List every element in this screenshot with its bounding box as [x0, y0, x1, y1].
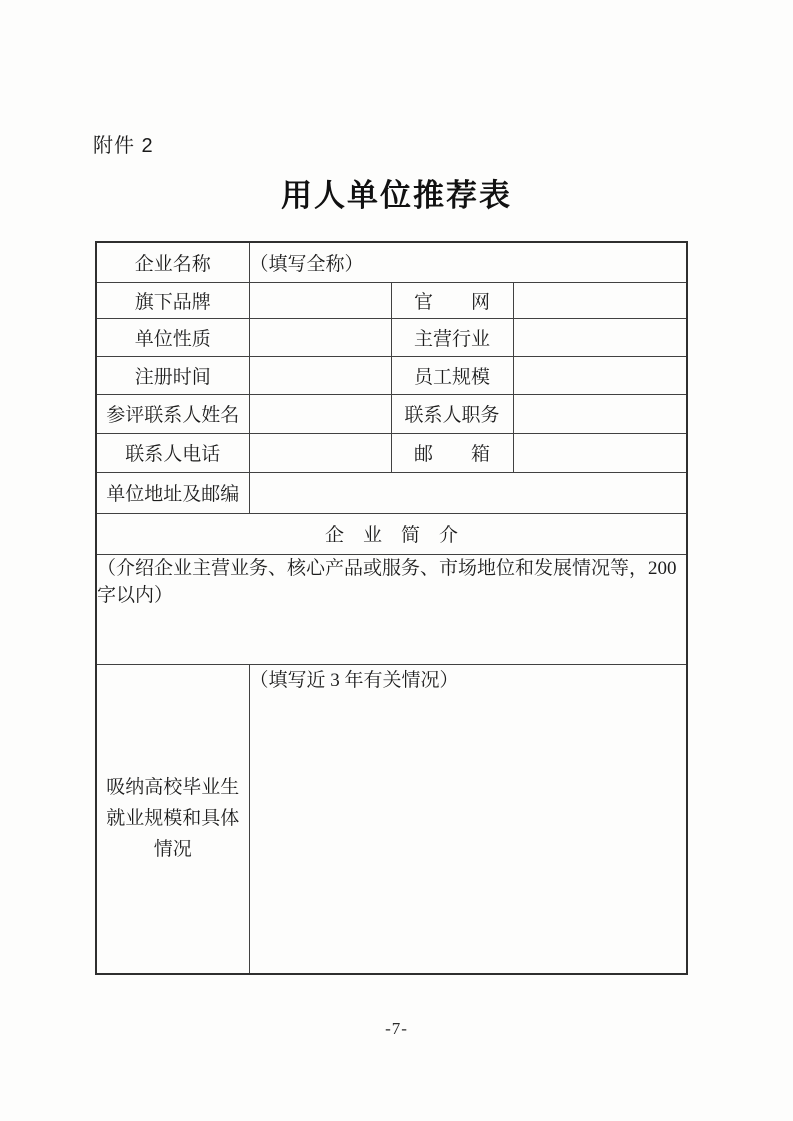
field-graduate-employment-hint: （填写近 3 年有关情况）	[249, 664, 687, 974]
field-value-industry	[513, 318, 687, 356]
row-profile-header: 企 业 简 介	[96, 513, 687, 554]
field-value-contact-phone	[249, 433, 391, 472]
field-label-unit-type: 单位性质	[96, 318, 249, 356]
field-value-company-name: （填写全称）	[249, 242, 687, 282]
field-label-brand: 旗下品牌	[96, 282, 249, 318]
field-value-reg-date	[249, 356, 391, 394]
field-value-unit-type	[249, 318, 391, 356]
field-value-contact-name	[249, 394, 391, 433]
field-value-staff-size	[513, 356, 687, 394]
field-label-email: 邮 箱	[391, 433, 513, 472]
row-graduate-employment: 吸纳高校毕业生就业规模和具体情况 （填写近 3 年有关情况）	[96, 664, 687, 974]
recommendation-form-table: 企业名称 （填写全称） 旗下品牌 官 网 单位性质 主营行业 注册时间 员工规模	[95, 241, 688, 975]
field-value-address	[249, 472, 687, 513]
row-regdate-staffsize: 注册时间 员工规模	[96, 356, 687, 394]
row-contact-name-title: 参评联系人姓名 联系人职务	[96, 394, 687, 433]
field-label-staff-size: 员工规模	[391, 356, 513, 394]
attachment-label: 附件 2	[93, 129, 154, 158]
row-unit-type-industry: 单位性质 主营行业	[96, 318, 687, 356]
field-label-contact-title: 联系人职务	[391, 394, 513, 433]
field-label-graduate-employment: 吸纳高校毕业生就业规模和具体情况	[96, 664, 249, 974]
field-company-profile-hint: （介绍企业主营业务、核心产品或服务、市场地位和发展情况等，200 字以内）	[96, 554, 687, 664]
field-label-reg-date: 注册时间	[96, 356, 249, 394]
field-label-industry: 主营行业	[391, 318, 513, 356]
field-label-contact-name: 参评联系人姓名	[96, 394, 249, 433]
field-value-brand	[249, 282, 391, 318]
row-profile-content: （介绍企业主营业务、核心产品或服务、市场地位和发展情况等，200 字以内）	[96, 554, 687, 664]
field-value-email	[513, 433, 687, 472]
row-brand-website: 旗下品牌 官 网	[96, 282, 687, 318]
page-number: -7-	[0, 1019, 793, 1039]
field-value-website	[513, 282, 687, 318]
row-phone-email: 联系人电话 邮 箱	[96, 433, 687, 472]
field-label-company-name: 企业名称	[96, 242, 249, 282]
field-label-website: 官 网	[391, 282, 513, 318]
page-title: 用人单位推荐表	[0, 170, 793, 215]
field-label-address: 单位地址及邮编	[96, 472, 249, 513]
row-company-name: 企业名称 （填写全称）	[96, 242, 687, 282]
field-label-contact-phone: 联系人电话	[96, 433, 249, 472]
field-value-contact-title	[513, 394, 687, 433]
section-header-company-profile: 企 业 简 介	[96, 513, 687, 554]
row-address: 单位地址及邮编	[96, 472, 687, 513]
document-page: 附件 2 用人单位推荐表 企业名称 （填写全称） 旗下品牌 官 网 单位性质	[0, 0, 793, 1121]
